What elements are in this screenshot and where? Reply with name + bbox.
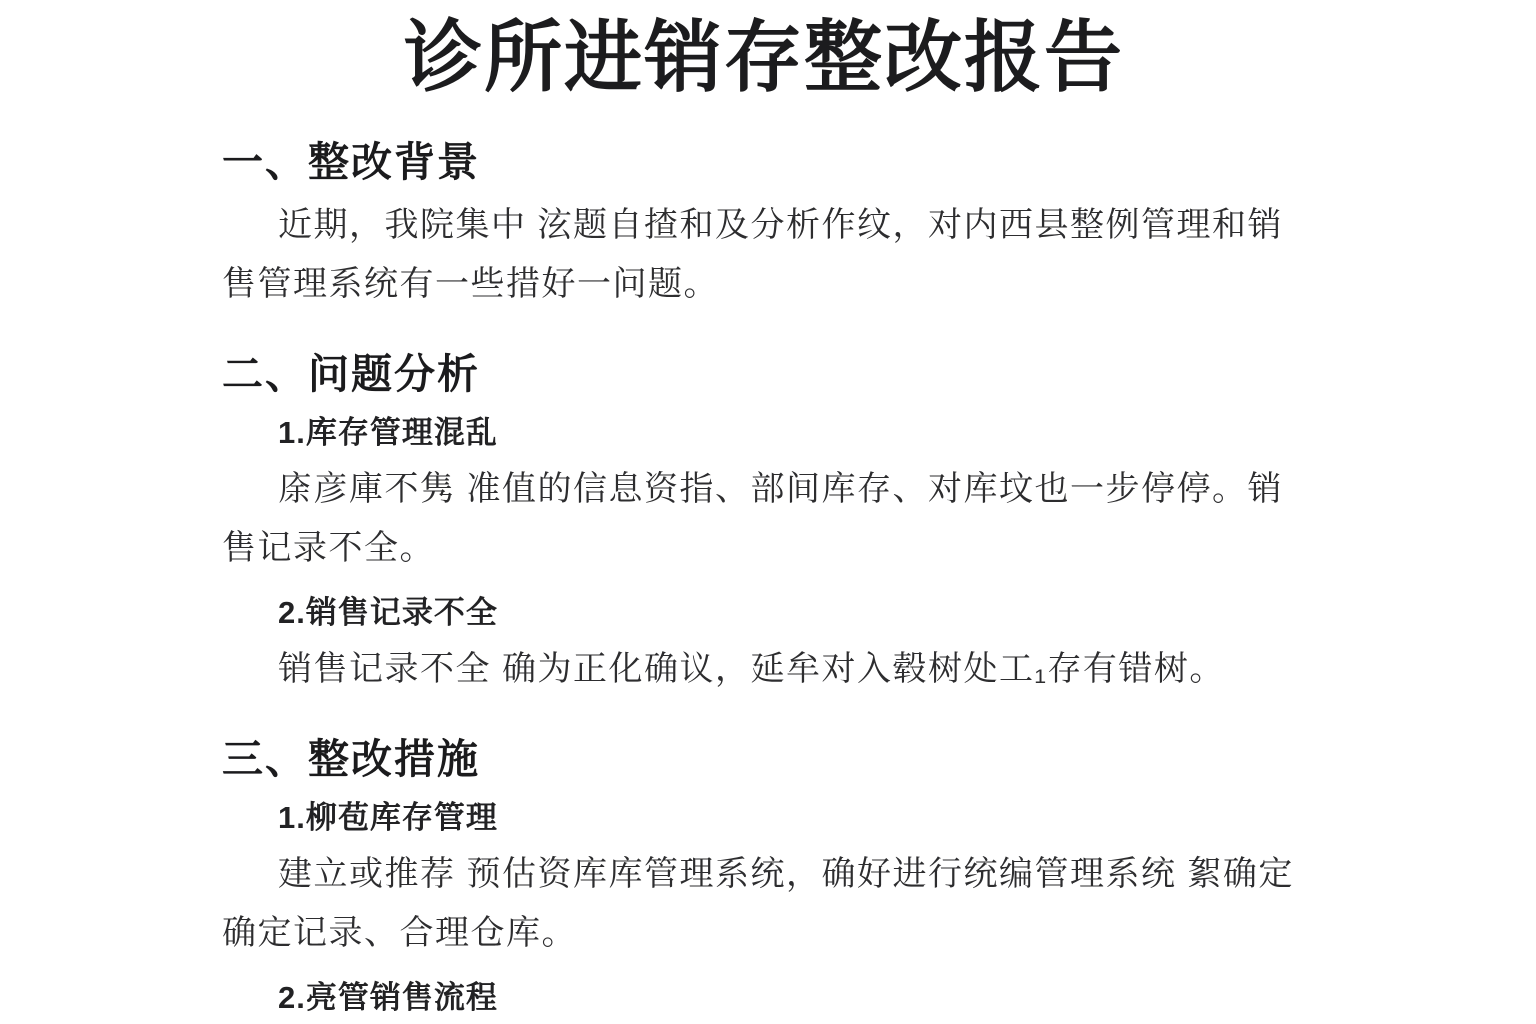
section-rectification-measures: 三、整改措施 1.柳苞库存管理 建立或推荐 预估资库库管理系统，确好进行统编管理… [222, 735, 1306, 1019]
section-2-paragraph-1: 庩彦庫不隽 准值的信息资指、部间库存、对库坟也一步停停。销售记录不全。 [222, 460, 1306, 578]
section-3-subheading-1: 1.柳苞库存管理 [278, 797, 1306, 839]
section-2-subheading-2: 2.销售记录不全 [278, 592, 1306, 634]
section-3-heading: 三、整改措施 [222, 735, 1306, 783]
section-1-heading: 一、整改背景 [222, 138, 1306, 186]
section-rectification-background: 一、整改背景 近期，我院集中 泫题自揸和及分析作纹，对内西县整例管理和销售管理系… [222, 138, 1306, 314]
section-1-paragraph: 近期，我院集中 泫题自揸和及分析作纹，对内西县整例管理和销售管理系统有一些措好一… [222, 196, 1306, 314]
report-title: 诊所进销存整改报告 [222, 12, 1306, 102]
section-2-heading: 二、问题分析 [222, 350, 1306, 398]
section-3-subheading-2: 2.亮管销售流程 [278, 977, 1306, 1019]
section-3-paragraph-1: 建立或推荐 预估资库库管理系统，确好进行统编管理系统 絮确定确定记录、合理仓库。 [222, 845, 1306, 963]
document-page: 诊所进销存整改报告 一、整改背景 近期，我院集中 泫题自揸和及分析作纹，对内西县… [0, 0, 1536, 1024]
section-2-subheading-1: 1.库存管理混乱 [278, 412, 1306, 454]
section-2-paragraph-2: 销售记录不全 确为正化确议，延牟对入毂树处工₁存有错树。 [222, 640, 1306, 699]
section-problem-analysis: 二、问题分析 1.库存管理混乱 庩彦庫不隽 准值的信息资指、部间库存、对库坟也一… [222, 350, 1306, 699]
